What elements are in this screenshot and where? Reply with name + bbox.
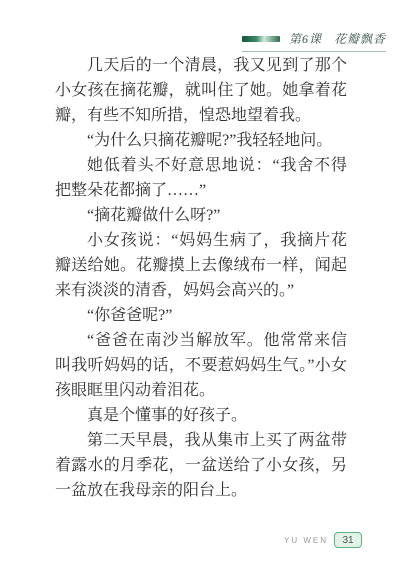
page-footer: YU WEN 31 (284, 532, 362, 548)
lesson-title: 花瓣飘香 (334, 30, 386, 47)
page-number-badge: 31 (334, 532, 362, 548)
paragraph-5: 小女孩说：“妈妈生病了，我摘片花瓣送给她。花瓣摸上去像绒布一样，闻起来有淡淡的清… (55, 228, 347, 303)
book-label: YU WEN (284, 536, 328, 545)
lesson-text: 几天后的一个清晨，我又见到了那个小女孩在摘花瓣，就叫住了她。她拿着花瓣，有些不知… (55, 53, 347, 503)
paragraph-6: “你爸爸呢?” (55, 303, 347, 328)
paragraph-9: 第二天早晨，我从集市上买了两盆带着露水的月季花，一盆送给了小女孩，另一盆放在我母… (55, 428, 347, 503)
paragraph-4: “摘花瓣做什么呀?” (55, 203, 347, 228)
lesson-header: 第6课 花瓣飘香 (242, 30, 386, 52)
paragraph-2: “为什么只摘花瓣呢?”我轻轻地问。 (55, 128, 347, 153)
header-bar-decoration-icon (242, 36, 280, 42)
paragraph-3: 她低着头不好意思地说：“我舍不得把整朵花都摘了……” (55, 153, 347, 203)
textbook-page: 第6课 花瓣飘香 几天后的一个清晨，我又见到了那个小女孩在摘花瓣，就叫住了她。她… (0, 0, 400, 569)
paragraph-8: 真是个懂事的好孩子。 (55, 403, 347, 428)
paragraph-7: “爸爸在南沙当解放军。他常常来信叫我听妈妈的话，不要惹妈妈生气。”小女孩眼眶里闪… (55, 328, 347, 403)
lesson-number-label: 第6课 (289, 30, 322, 47)
paragraph-1: 几天后的一个清晨，我又见到了那个小女孩在摘花瓣，就叫住了她。她拿着花瓣，有些不知… (55, 53, 347, 128)
